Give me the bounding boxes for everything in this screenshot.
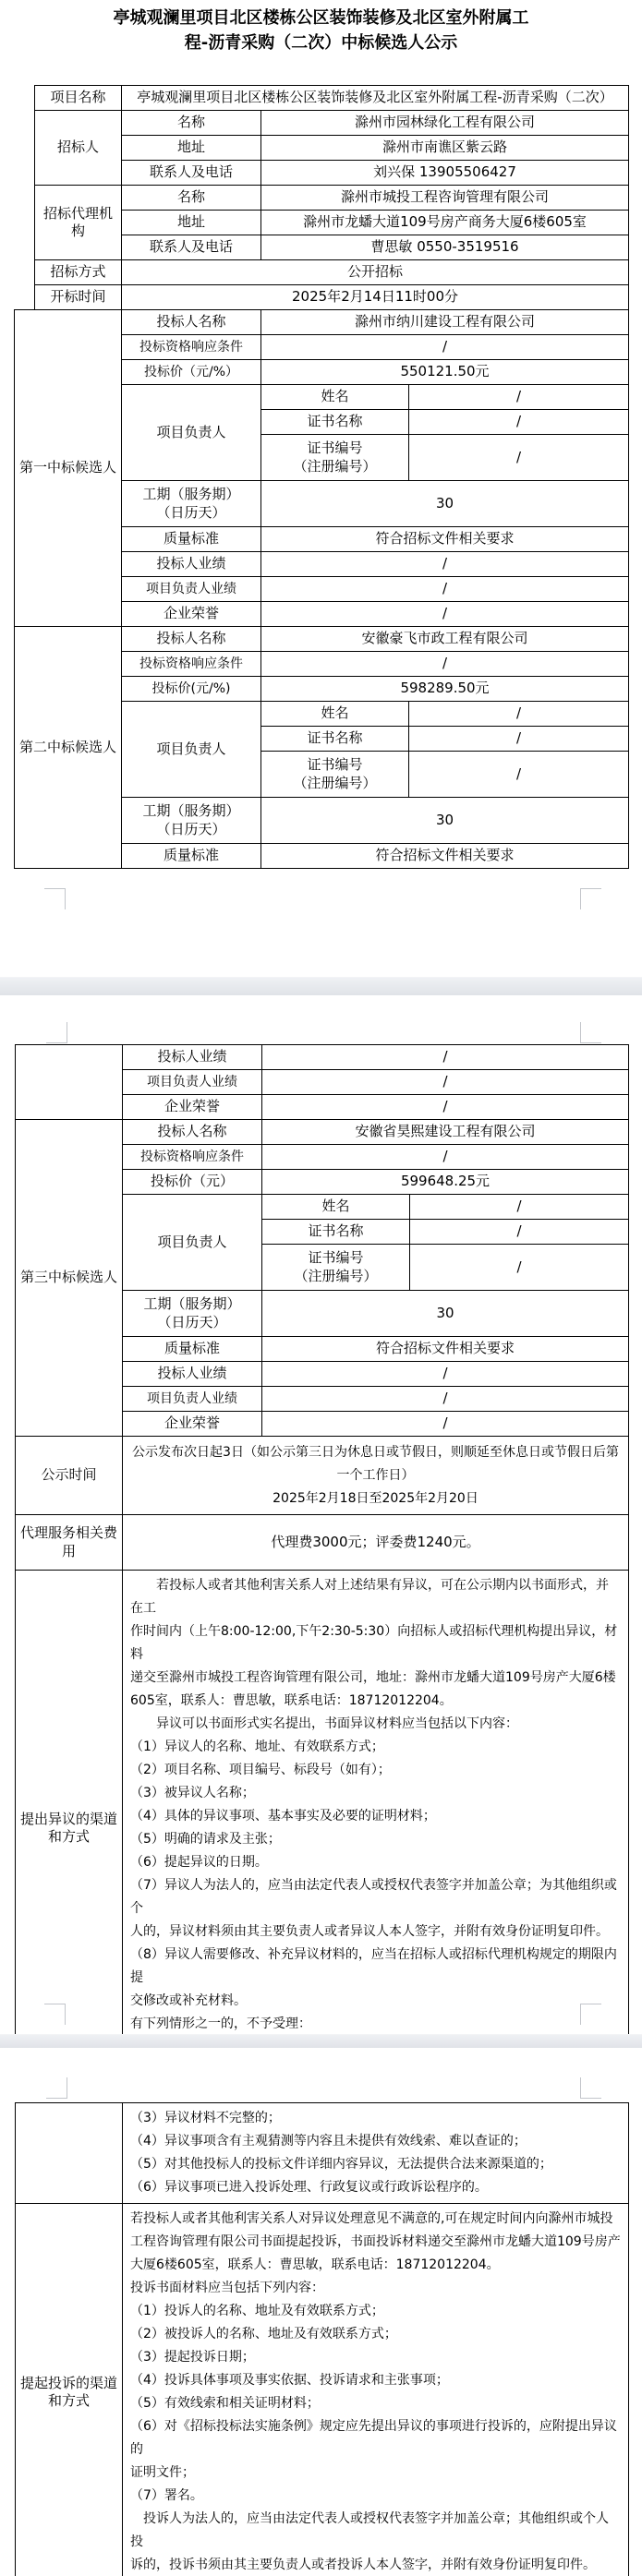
label-qualification-c2: 投标资格响应条件 [122, 652, 261, 677]
label-honor-c3: 企业荣誉 [123, 1412, 262, 1437]
value-agency-name: 滁州市城投工程咨询管理有限公司 [261, 186, 629, 211]
label-project-manager-c2: 项目负责人 [122, 702, 261, 798]
label-cert-name-c3: 证书名称 [262, 1220, 410, 1245]
label-bidder-performance-c1: 投标人业绩 [122, 552, 261, 577]
label-project-manager-c3: 项目负责人 [123, 1195, 262, 1291]
value-bidder-name-c3: 安徽省昊熙建设工程有限公司 [262, 1120, 629, 1145]
value-tender-method: 公开招标 [122, 260, 629, 285]
page-1: 亭城观澜里项目北区楼栋公区装饰装修及北区室外附属工程-沥青采购（二次）中标候选人… [0, 0, 642, 977]
value-pm-performance-c2: / [262, 1070, 629, 1095]
channels-table-page3: （3）异议材料不完整的； （4）异议事项含有主观猜测等内容且未提供有效线索、难以… [15, 2102, 629, 2576]
value-cert-no-c2: / [409, 752, 629, 798]
label-bidder-name-c3: 投标人名称 [123, 1120, 262, 1145]
margin-mark-bottom-left [44, 2004, 66, 2025]
value-agency-address: 滁州市龙蟠大道109号房产商务大厦6楼605室 [261, 211, 629, 235]
label-agency-address: 地址 [122, 211, 261, 235]
label-duration-c2: 工期（服务期） （日历天） [122, 798, 261, 844]
label-candidate3: 第三中标候选人 [16, 1120, 123, 1437]
value-honor-c2: / [262, 1095, 629, 1120]
value-bidder-name-c1: 滁州市纳川建设工程有限公司 [261, 310, 629, 335]
label-candidate1: 第一中标候选人 [15, 310, 122, 627]
candidates-table-page1: 第一中标候选人 投标人名称 滁州市纳川建设工程有限公司 投标资格响应条件 / 投… [14, 309, 629, 869]
margin-mark-top-right [580, 1022, 601, 1043]
value-pm-performance-c3: / [262, 1387, 629, 1412]
value-qualification-c3: / [262, 1145, 629, 1170]
value-honor-c1: / [261, 602, 629, 627]
label-complaint-channel: 提起投诉的渠道和方式 [16, 2204, 123, 2576]
label-duration-c3: 工期（服务期） （日历天） [123, 1291, 262, 1337]
margin-mark-top-right [580, 2077, 601, 2099]
label-publicity-time: 公示时间 [16, 1437, 123, 1515]
value-quality-c3: 符合招标文件相关要求 [262, 1337, 629, 1362]
value-honor-c3: / [262, 1412, 629, 1437]
value-pm-name-c1: / [409, 385, 629, 410]
label-agency-contact: 联系人及电话 [122, 235, 261, 260]
label-bidder-performance-c2: 投标人业绩 [123, 1045, 262, 1070]
value-objection-text-continued: （3）异议材料不完整的； （4）异议事项含有主观猜测等内容且未提供有效线索、难以… [123, 2103, 629, 2204]
label-qualification-c3: 投标资格响应条件 [123, 1145, 262, 1170]
label-tenderer-contact: 联系人及电话 [122, 161, 261, 186]
label-cert-name-c2: 证书名称 [261, 727, 409, 752]
candidate2-continuation-cell [16, 1045, 123, 1120]
value-cert-no-c3: / [410, 1245, 629, 1291]
value-bidder-performance-c1: / [261, 552, 629, 577]
label-bidder-name-c2: 投标人名称 [122, 627, 261, 652]
label-pm-performance-c1: 项目负责人业绩 [122, 577, 261, 602]
label-candidate2: 第二中标候选人 [15, 627, 122, 869]
value-agency-contact: 曹思敏 0550-3519516 [261, 235, 629, 260]
label-pm-performance-c2: 项目负责人业绩 [123, 1070, 262, 1095]
page-3: （3）异议材料不完整的； （4）异议事项含有主观猜测等内容且未提供有效线索、难以… [0, 2048, 642, 2576]
label-cert-no-c1: 证书编号 （注册编号） [261, 435, 409, 481]
value-tenderer-contact: 刘兴保 13905506427 [261, 161, 629, 186]
label-bid-price-c1: 投标价（元/%） [122, 360, 261, 385]
label-cert-no-c2: 证书编号 （注册编号） [261, 752, 409, 798]
value-duration-c1: 30 [261, 481, 629, 527]
label-honor-c1: 企业荣誉 [122, 602, 261, 627]
label-project-name: 项目名称 [35, 86, 122, 111]
value-bid-price-c1: 550121.50元 [261, 360, 629, 385]
value-pm-name-c3: / [410, 1195, 629, 1220]
value-cert-name-c3: / [410, 1220, 629, 1245]
value-bidder-performance-c2: / [262, 1045, 629, 1070]
value-quality-c2: 符合招标文件相关要求 [261, 844, 629, 869]
value-bid-opening-time: 2025年2月14日11时00分 [122, 285, 629, 310]
value-qualification-c1: / [261, 335, 629, 360]
document-title: 亭城观澜里项目北区楼栋公区装饰装修及北区室外附属工程-沥青采购（二次）中标候选人… [109, 6, 534, 55]
margin-mark-top-left [46, 2077, 67, 2099]
label-tenderer: 招标人 [35, 111, 122, 186]
label-quality-c1: 质量标准 [122, 527, 261, 552]
label-project-manager-c1: 项目负责人 [122, 385, 261, 481]
project-info-table: 项目名称 亭城观澜里项目北区楼栋公区装饰装修及北区室外附属工程-沥青采购（二次）… [34, 85, 629, 310]
value-bidder-performance-c3: / [262, 1362, 629, 1387]
label-quality-c2: 质量标准 [122, 844, 261, 869]
label-bid-price-c3: 投标价（元） [123, 1170, 262, 1195]
margin-mark-bottom-right [580, 2004, 601, 2025]
label-pm-name-c1: 姓名 [261, 385, 409, 410]
label-agency-name: 名称 [122, 186, 261, 211]
value-tenderer-name: 滁州市园林绿化工程有限公司 [261, 111, 629, 136]
value-bid-price-c2: 598289.50元 [261, 677, 629, 702]
value-cert-name-c2: / [409, 727, 629, 752]
value-duration-c3: 30 [262, 1291, 629, 1337]
label-tenderer-address: 地址 [122, 136, 261, 161]
value-publicity-time: 公示发布次日起3日（如公示第三日为休息日或节假日，则顺延至休息日或节假日后第 一… [123, 1437, 629, 1515]
value-project-name: 亭城观澜里项目北区楼栋公区装饰装修及北区室外附属工程-沥青采购（二次） [122, 86, 629, 111]
value-cert-no-c1: / [409, 435, 629, 481]
label-cert-name-c1: 证书名称 [261, 410, 409, 435]
label-duration-c1: 工期（服务期） （日历天） [122, 481, 261, 527]
label-objection-channel: 提出异议的渠道和方式 [16, 1571, 123, 2087]
label-qualification-c1: 投标资格响应条件 [122, 335, 261, 360]
page-separator-1 [0, 977, 642, 997]
label-honor-c2: 企业荣誉 [123, 1095, 262, 1120]
value-bidder-name-c2: 安徽豪飞市政工程有限公司 [261, 627, 629, 652]
margin-mark-top-left [46, 1022, 67, 1043]
value-cert-name-c1: / [409, 410, 629, 435]
value-pm-name-c2: / [409, 702, 629, 727]
label-pm-name-c3: 姓名 [262, 1195, 410, 1220]
value-pm-performance-c1: / [261, 577, 629, 602]
value-agency-fee: 代理费3000元；评委费1240元。 [123, 1515, 629, 1571]
value-duration-c2: 30 [261, 798, 629, 844]
label-bidder-performance-c3: 投标人业绩 [123, 1362, 262, 1387]
value-qualification-c2: / [261, 652, 629, 677]
margin-mark-bottom-left [44, 888, 66, 909]
label-agency: 招标代理机构 [35, 186, 122, 260]
label-agency-fee: 代理服务相关费用 [16, 1515, 123, 1571]
label-cert-no-c3: 证书编号 （注册编号） [262, 1245, 410, 1291]
label-bidder-name-c1: 投标人名称 [122, 310, 261, 335]
objection-continuation-cell [16, 2103, 123, 2204]
label-bid-opening-time: 开标时间 [35, 285, 122, 310]
value-objection-text: 若投标人或者其他利害关系人对上述结果有异议，可在公示期内以书面形式，并在工 作时… [123, 1571, 629, 2087]
label-quality-c3: 质量标准 [123, 1337, 262, 1362]
label-bid-price-c2: 投标价(元/%) [122, 677, 261, 702]
margin-mark-bottom-right [580, 888, 601, 909]
value-complaint-text: 若投标人或者其他利害关系人对异议处理意见不满意的,可在规定时间内向滁州市城投 工… [123, 2204, 629, 2576]
value-quality-c1: 符合招标文件相关要求 [261, 527, 629, 552]
label-tenderer-name: 名称 [122, 111, 261, 136]
page-2: 投标人业绩 / 项目负责人业绩 / 企业荣誉 / 第三中标候选人 投标人名称 安… [0, 995, 642, 2034]
value-bid-price-c3: 599648.25元 [262, 1170, 629, 1195]
label-pm-name-c2: 姓名 [261, 702, 409, 727]
candidates-table-page2: 投标人业绩 / 项目负责人业绩 / 企业荣誉 / 第三中标候选人 投标人名称 安… [15, 1044, 629, 2087]
value-tenderer-address: 滁州市南谯区紫云路 [261, 136, 629, 161]
label-pm-performance-c3: 项目负责人业绩 [123, 1387, 262, 1412]
label-tender-method: 招标方式 [35, 260, 122, 285]
